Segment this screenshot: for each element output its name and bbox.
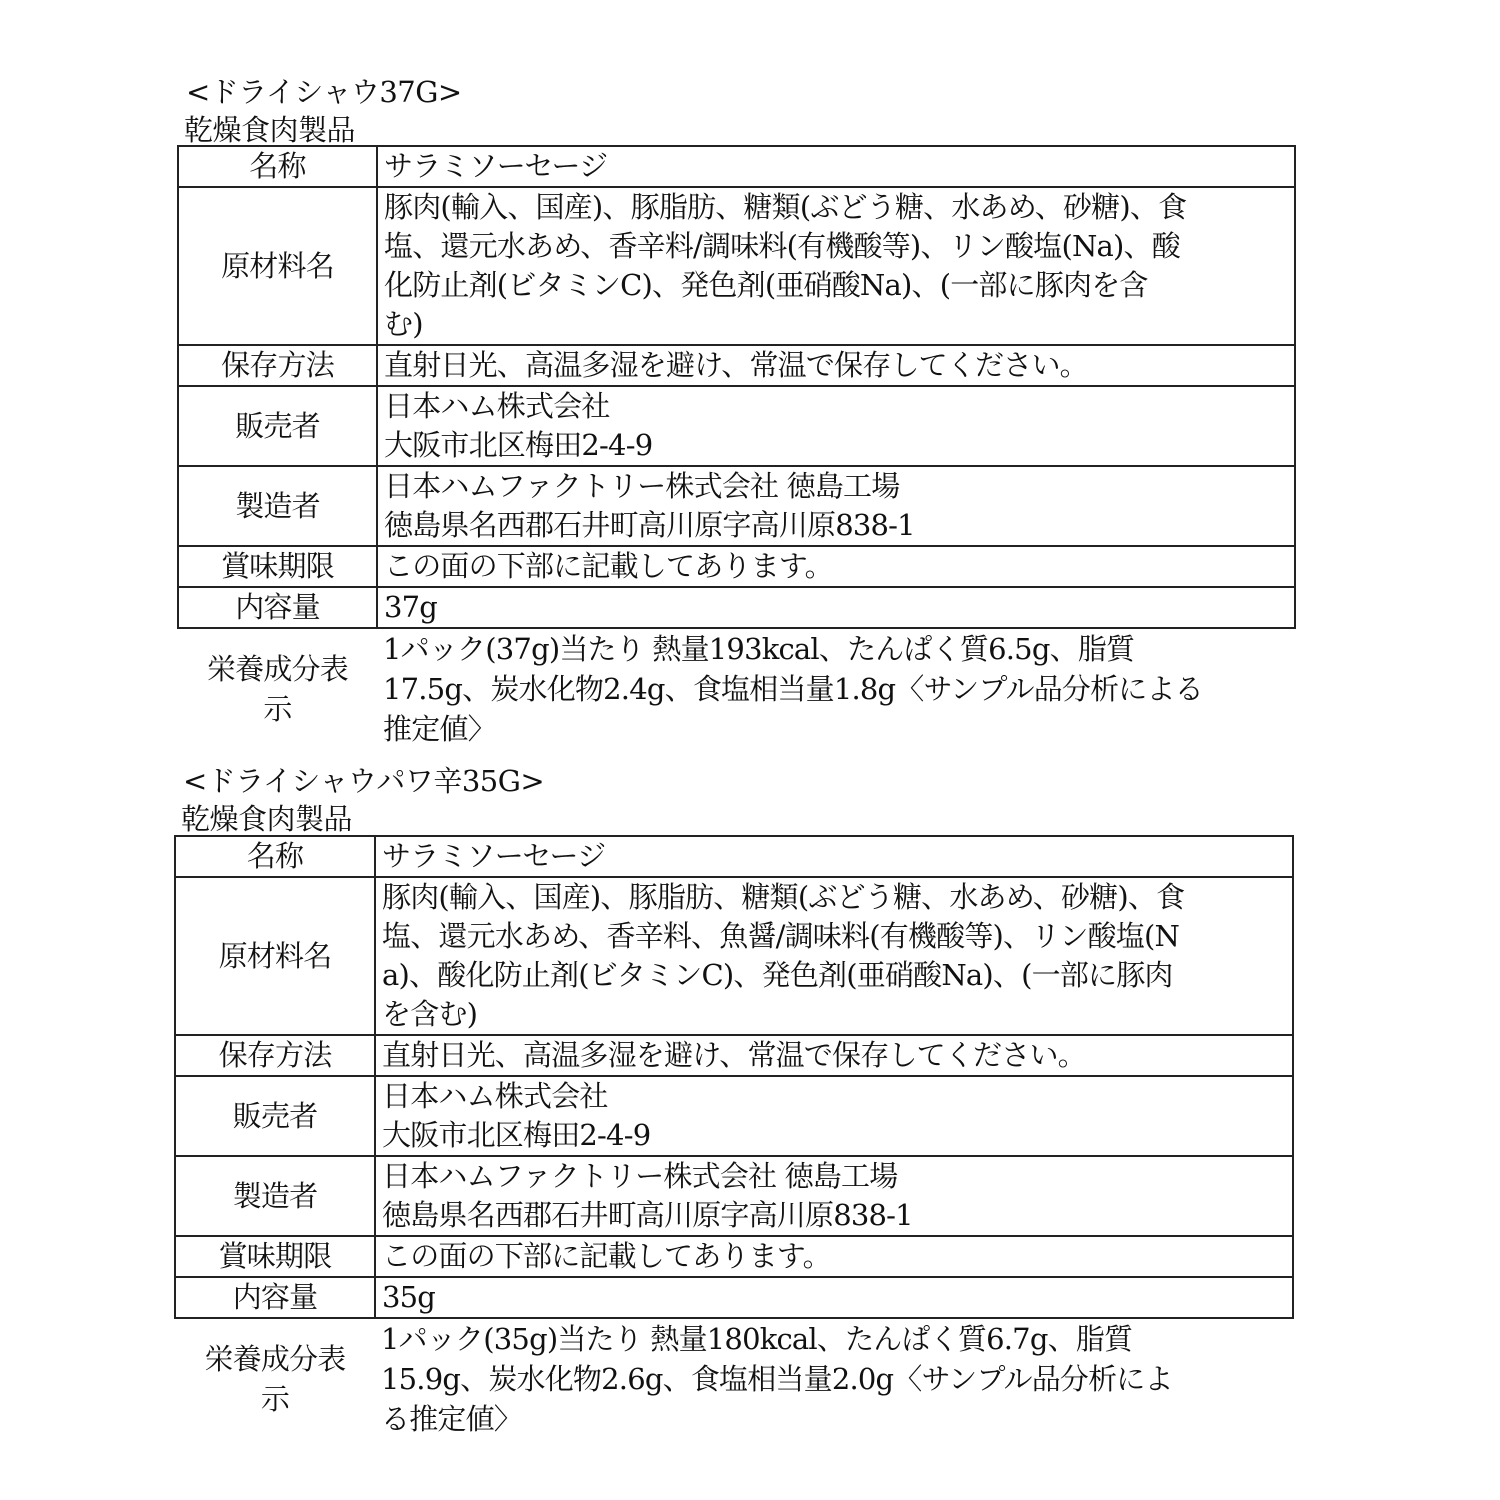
seller-address: 大阪市北区梅田2-4-9 [382, 1116, 1288, 1155]
food-label-table: 名称 サラミソーセージ 原材料名 豚肉(輸入、国産)、豚脂肪、糖類(ぶどう糖、水… [177, 145, 1296, 749]
row-value: 日本ハムファクトリー株式会社 徳島工場 徳島県名西郡石井町高川原字高川原838-… [375, 1156, 1293, 1236]
manufacturer-name: 日本ハムファクトリー株式会社 徳島工場 [382, 1157, 1288, 1196]
nutrition-line: る推定値〉 [381, 1399, 1289, 1439]
row-label: 栄養成分表 示 [178, 628, 377, 749]
ingredients-line: む) [384, 305, 1290, 344]
row-label: 保存方法 [175, 1035, 375, 1076]
nutrition-label-line: 示 [178, 689, 377, 729]
seller-name: 日本ハム株式会社 [384, 387, 1290, 426]
row-manufacturer: 製造者 日本ハムファクトリー株式会社 徳島工場 徳島県名西郡石井町高川原字高川原… [178, 466, 1295, 546]
row-label: 販売者 [175, 1076, 375, 1156]
row-label: 賞味期限 [178, 546, 377, 587]
ingredients-line: 塩、還元水あめ、香辛料、魚醤/調味料(有機酸等)、リン酸塩(N [382, 917, 1288, 956]
row-storage: 保存方法 直射日光、高温多湿を避け、常温で保存してください。 [178, 345, 1295, 386]
row-value: 豚肉(輸入、国産)、豚脂肪、糖類(ぶどう糖、水あめ、砂糖)、食 塩、還元水あめ、… [375, 877, 1293, 1035]
row-net-weight: 内容量 35g [175, 1277, 1293, 1318]
row-value: この面の下部に記載してあります。 [375, 1236, 1293, 1277]
row-label: 賞味期限 [175, 1236, 375, 1277]
product-title: <ドライシャウ37G> [186, 73, 462, 111]
seller-name: 日本ハム株式会社 [382, 1077, 1288, 1116]
row-name: 名称 サラミソーセージ [175, 836, 1293, 877]
row-label: 保存方法 [178, 345, 377, 386]
row-label: 製造者 [175, 1156, 375, 1236]
row-label: 原材料名 [178, 187, 377, 345]
row-label: 内容量 [178, 587, 377, 628]
ingredients-line: を含む) [382, 995, 1288, 1034]
ingredients-line: 豚肉(輸入、国産)、豚脂肪、糖類(ぶどう糖、水あめ、砂糖)、食 [384, 188, 1290, 227]
row-best-before: 賞味期限 この面の下部に記載してあります。 [178, 546, 1295, 587]
row-nutrition: 栄養成分表 示 1パック(37g)当たり 熱量193kcal、たんぱく質6.5g… [178, 628, 1295, 749]
row-net-weight: 内容量 37g [178, 587, 1295, 628]
row-ingredients: 原材料名 豚肉(輸入、国産)、豚脂肪、糖類(ぶどう糖、水あめ、砂糖)、食 塩、還… [178, 187, 1295, 345]
row-ingredients: 原材料名 豚肉(輸入、国産)、豚脂肪、糖類(ぶどう糖、水あめ、砂糖)、食 塩、還… [175, 877, 1293, 1035]
ingredients-line: 塩、還元水あめ、香辛料/調味料(有機酸等)、リン酸塩(Na)、酸 [384, 227, 1290, 266]
row-value: 1パック(35g)当たり 熱量180kcal、たんぱく質6.7g、脂質 15.9… [375, 1318, 1293, 1439]
row-value: 直射日光、高温多湿を避け、常温で保存してください。 [375, 1035, 1293, 1076]
row-label: 栄養成分表 示 [175, 1318, 375, 1439]
nutrition-label-line: 栄養成分表 [175, 1339, 375, 1379]
row-manufacturer: 製造者 日本ハムファクトリー株式会社 徳島工場 徳島県名西郡石井町高川原字高川原… [175, 1156, 1293, 1236]
ingredients-line: 豚肉(輸入、国産)、豚脂肪、糖類(ぶどう糖、水あめ、砂糖)、食 [382, 878, 1288, 917]
row-value: 日本ハム株式会社 大阪市北区梅田2-4-9 [377, 386, 1295, 466]
row-label: 原材料名 [175, 877, 375, 1035]
ingredients-line: 化防止剤(ビタミンC)、発色剤(亜硝酸Na)、(一部に豚肉を含 [384, 266, 1290, 305]
row-seller: 販売者 日本ハム株式会社 大阪市北区梅田2-4-9 [178, 386, 1295, 466]
row-label: 名称 [178, 146, 377, 187]
row-label: 製造者 [178, 466, 377, 546]
product-category: 乾燥食肉製品 [184, 111, 355, 149]
row-value: サラミソーセージ [375, 836, 1293, 877]
nutrition-line: 15.9g、炭水化物2.6g、食塩相当量2.0g〈サンプル品分析によ [381, 1359, 1289, 1399]
row-value: 1パック(37g)当たり 熱量193kcal、たんぱく質6.5g、脂質 17.5… [377, 628, 1295, 749]
row-value: 35g [375, 1277, 1293, 1318]
row-label: 内容量 [175, 1277, 375, 1318]
row-storage: 保存方法 直射日光、高温多湿を避け、常温で保存してください。 [175, 1035, 1293, 1076]
nutrition-line: 17.5g、炭水化物2.4g、食塩相当量1.8g〈サンプル品分析による [383, 669, 1291, 709]
ingredients-line: a)、酸化防止剤(ビタミンC)、発色剤(亜硝酸Na)、(一部に豚肉 [382, 956, 1288, 995]
row-best-before: 賞味期限 この面の下部に記載してあります。 [175, 1236, 1293, 1277]
row-value: 豚肉(輸入、国産)、豚脂肪、糖類(ぶどう糖、水あめ、砂糖)、食 塩、還元水あめ、… [377, 187, 1295, 345]
row-value: 日本ハム株式会社 大阪市北区梅田2-4-9 [375, 1076, 1293, 1156]
manufacturer-address: 徳島県名西郡石井町高川原字高川原838-1 [382, 1196, 1288, 1235]
row-value: 日本ハムファクトリー株式会社 徳島工場 徳島県名西郡石井町高川原字高川原838-… [377, 466, 1295, 546]
nutrition-label-line: 栄養成分表 [178, 649, 377, 689]
row-name: 名称 サラミソーセージ [178, 146, 1295, 187]
row-seller: 販売者 日本ハム株式会社 大阪市北区梅田2-4-9 [175, 1076, 1293, 1156]
product-category: 乾燥食肉製品 [181, 800, 352, 838]
row-value: 直射日光、高温多湿を避け、常温で保存してください。 [377, 345, 1295, 386]
row-nutrition: 栄養成分表 示 1パック(35g)当たり 熱量180kcal、たんぱく質6.7g… [175, 1318, 1293, 1439]
row-label: 販売者 [178, 386, 377, 466]
nutrition-line: 1パック(35g)当たり 熱量180kcal、たんぱく質6.7g、脂質 [381, 1319, 1289, 1359]
row-label: 名称 [175, 836, 375, 877]
row-value: 37g [377, 587, 1295, 628]
manufacturer-name: 日本ハムファクトリー株式会社 徳島工場 [384, 467, 1290, 506]
seller-address: 大阪市北区梅田2-4-9 [384, 426, 1290, 465]
row-value: この面の下部に記載してあります。 [377, 546, 1295, 587]
manufacturer-address: 徳島県名西郡石井町高川原字高川原838-1 [384, 506, 1290, 545]
nutrition-line: 1パック(37g)当たり 熱量193kcal、たんぱく質6.5g、脂質 [383, 629, 1291, 669]
nutrition-line: 推定値〉 [383, 709, 1291, 749]
product-title: <ドライシャウパワ辛35G> [183, 762, 544, 800]
row-value: サラミソーセージ [377, 146, 1295, 187]
food-label-table: 名称 サラミソーセージ 原材料名 豚肉(輸入、国産)、豚脂肪、糖類(ぶどう糖、水… [174, 835, 1294, 1439]
nutrition-label-line: 示 [175, 1379, 375, 1419]
